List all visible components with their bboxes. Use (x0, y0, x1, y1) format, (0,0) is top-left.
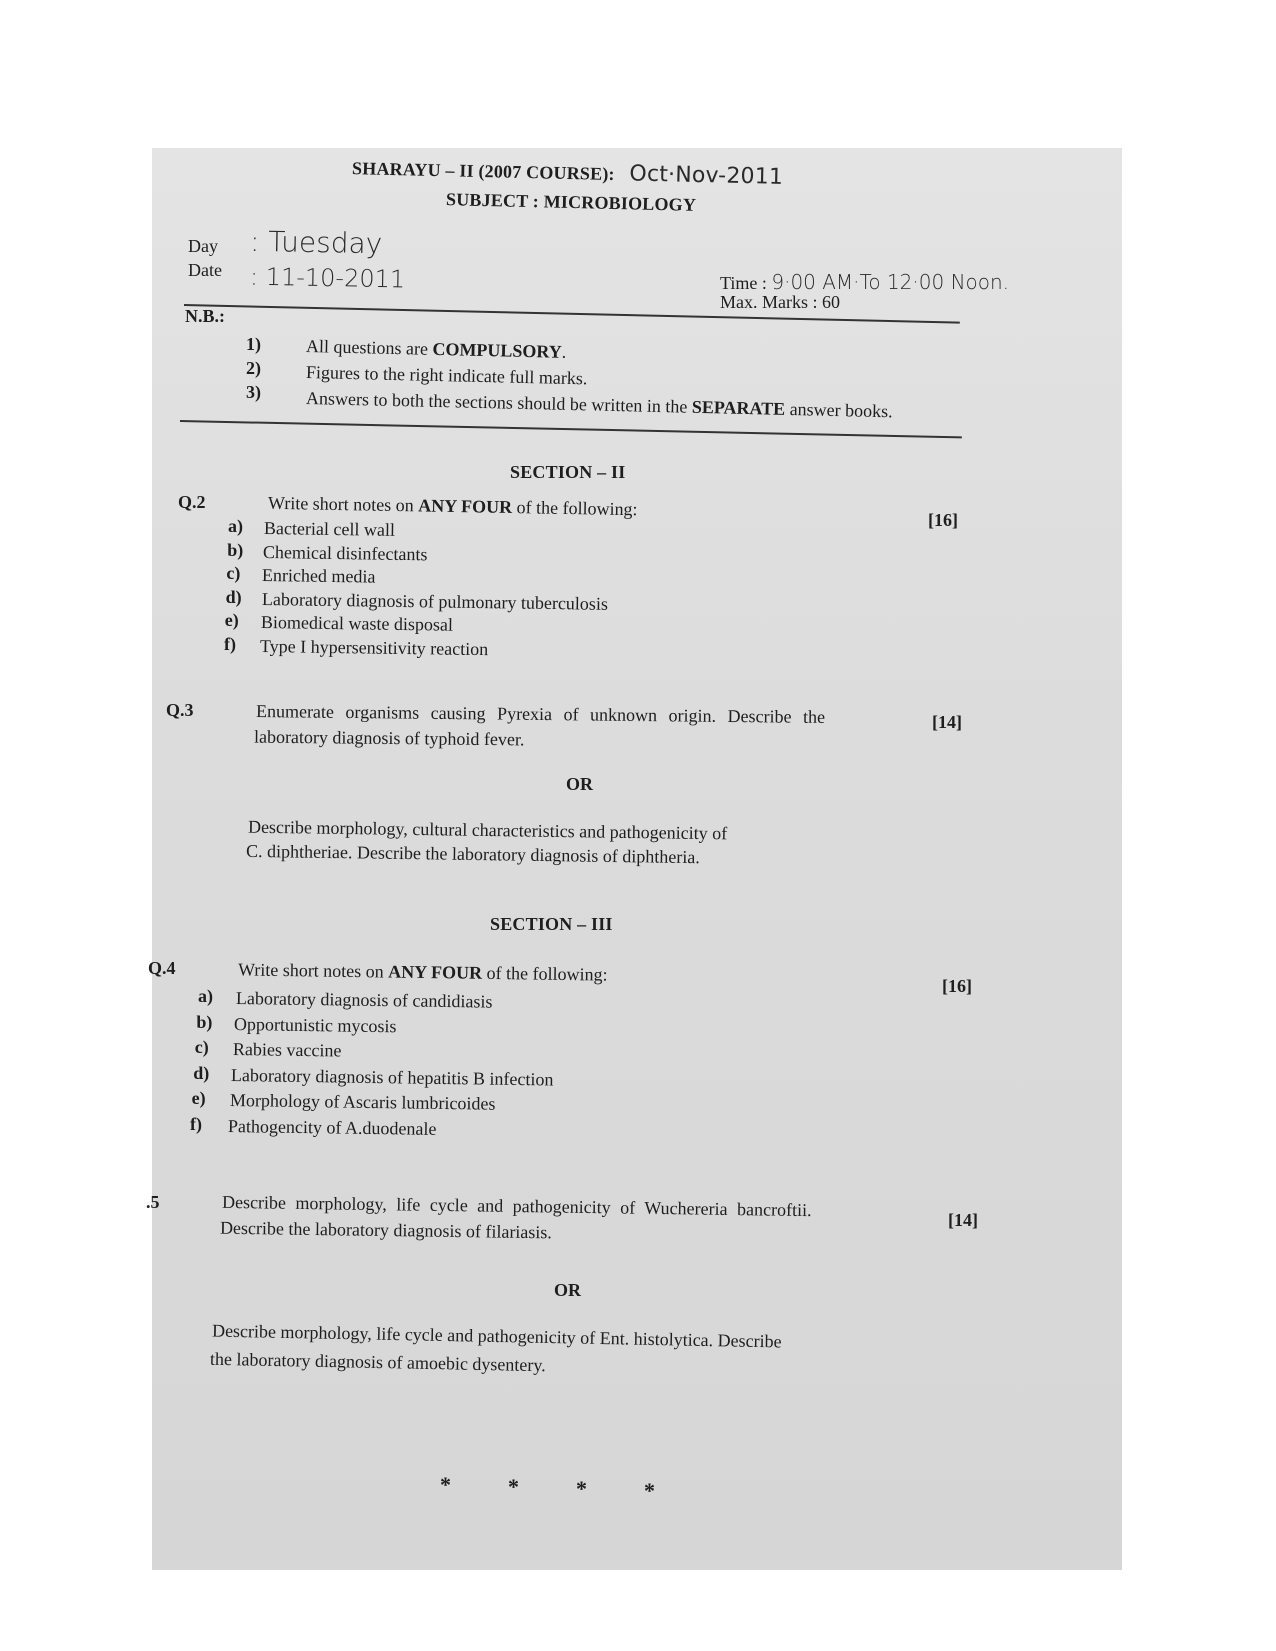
footer-star: * (576, 1476, 587, 1502)
q3-number: Q.3 (166, 700, 194, 721)
date-label: Date (188, 260, 222, 281)
q4-item-letter: d) (193, 1063, 209, 1084)
nb-item-post: answer books. (785, 399, 893, 421)
q2-item-letter: a) (228, 516, 243, 537)
q4-item-letter: f) (190, 1114, 202, 1135)
day-label: Day (188, 236, 218, 257)
q5-or: OR (554, 1280, 581, 1301)
q3-line2: laboratory diagnosis of typhoid fever. (254, 727, 525, 751)
q2-prompt-bold: ANY FOUR (418, 495, 512, 517)
q3-or: OR (566, 774, 593, 795)
time-value: 9·00 AM·To 12·00 Noon. (771, 270, 1009, 294)
time-line: Time : 9·00 AM·To 12·00 Noon. (720, 270, 1009, 294)
time-label: Time : (720, 273, 767, 293)
nb-item-number: 2) (246, 358, 261, 379)
q2-prompt-pre: Write short notes on (268, 493, 419, 516)
max-marks: Max. Marks : 60 (720, 292, 840, 313)
q5-marks: [14] (948, 1210, 978, 1231)
q2-prompt-post: of the following: (512, 497, 638, 519)
day-value: : Tuesday (250, 225, 383, 260)
section-ii-title: SECTION – II (510, 462, 625, 483)
nb-label: N.B.: (185, 306, 225, 327)
course-title: SHARAYU – II (2007 COURSE): (352, 158, 615, 184)
footer-star: * (508, 1474, 519, 1500)
q4-item-text: Laboratory diagnosis of hepatitis B infe… (231, 1065, 554, 1090)
q4-item-text: Rabies vaccine (233, 1039, 342, 1062)
nb-item-post: . (562, 342, 567, 362)
nb-item-pre: All questions are (306, 336, 433, 359)
q2-number: Q.2 (178, 492, 206, 513)
q4-marks: [16] (942, 976, 972, 997)
q4-prompt-pre: Write short notes on (238, 959, 389, 981)
nb-item-bold: COMPULSORY (432, 339, 562, 362)
q4-item-letter: e) (192, 1088, 206, 1109)
q2-item-letter: f) (224, 634, 236, 655)
q2-item-letter: d) (226, 587, 242, 608)
q4-prompt-post: of the following: (482, 963, 608, 985)
section-iii-title: SECTION – III (490, 914, 613, 935)
q2-marks: [16] (928, 510, 958, 531)
q4-number: Q.4 (148, 958, 176, 979)
q2-item-letter: b) (227, 540, 243, 561)
q2-item-text: Type I hypersensitivity reaction (260, 636, 488, 660)
q4-item-text: Laboratory diagnosis of candidiasis (236, 988, 493, 1013)
footer-star: * (440, 1472, 451, 1498)
q2-item-letter: c) (226, 563, 240, 584)
footer-star: * (644, 1478, 655, 1504)
q2-item-letter: e) (225, 610, 239, 631)
q4-prompt-bold: ANY FOUR (388, 962, 482, 983)
q5-number: .5 (146, 1192, 160, 1213)
q2-item-text: Laboratory diagnosis of pulmonary tuberc… (261, 589, 607, 615)
nb-item-bold: SEPARATE (692, 397, 786, 419)
q4-item-letter: b) (196, 1012, 212, 1033)
q2-item-text: Enriched media (262, 565, 376, 588)
q3-marks: [14] (932, 712, 962, 733)
q2-item-text: Bacterial cell wall (264, 518, 395, 541)
q4-item-letter: c) (195, 1037, 209, 1058)
q4-item-text: Morphology of Ascaris lumbricoides (229, 1090, 495, 1115)
session-handwritten: Oct·Nov-2011 (629, 161, 783, 189)
date-value: : 11-10-2011 (250, 263, 406, 294)
q4-item-letter: a) (198, 986, 213, 1007)
nb-item-number: 1) (246, 334, 261, 355)
q2-item-text: Biomedical waste disposal (261, 612, 453, 636)
nb-item-number: 3) (246, 382, 261, 403)
q2-item-text: Chemical disinfectants (263, 542, 428, 565)
q4-item-text: Opportunistic mycosis (234, 1014, 397, 1037)
q4-item-text: Pathogencity of A.duodenale (228, 1116, 437, 1140)
